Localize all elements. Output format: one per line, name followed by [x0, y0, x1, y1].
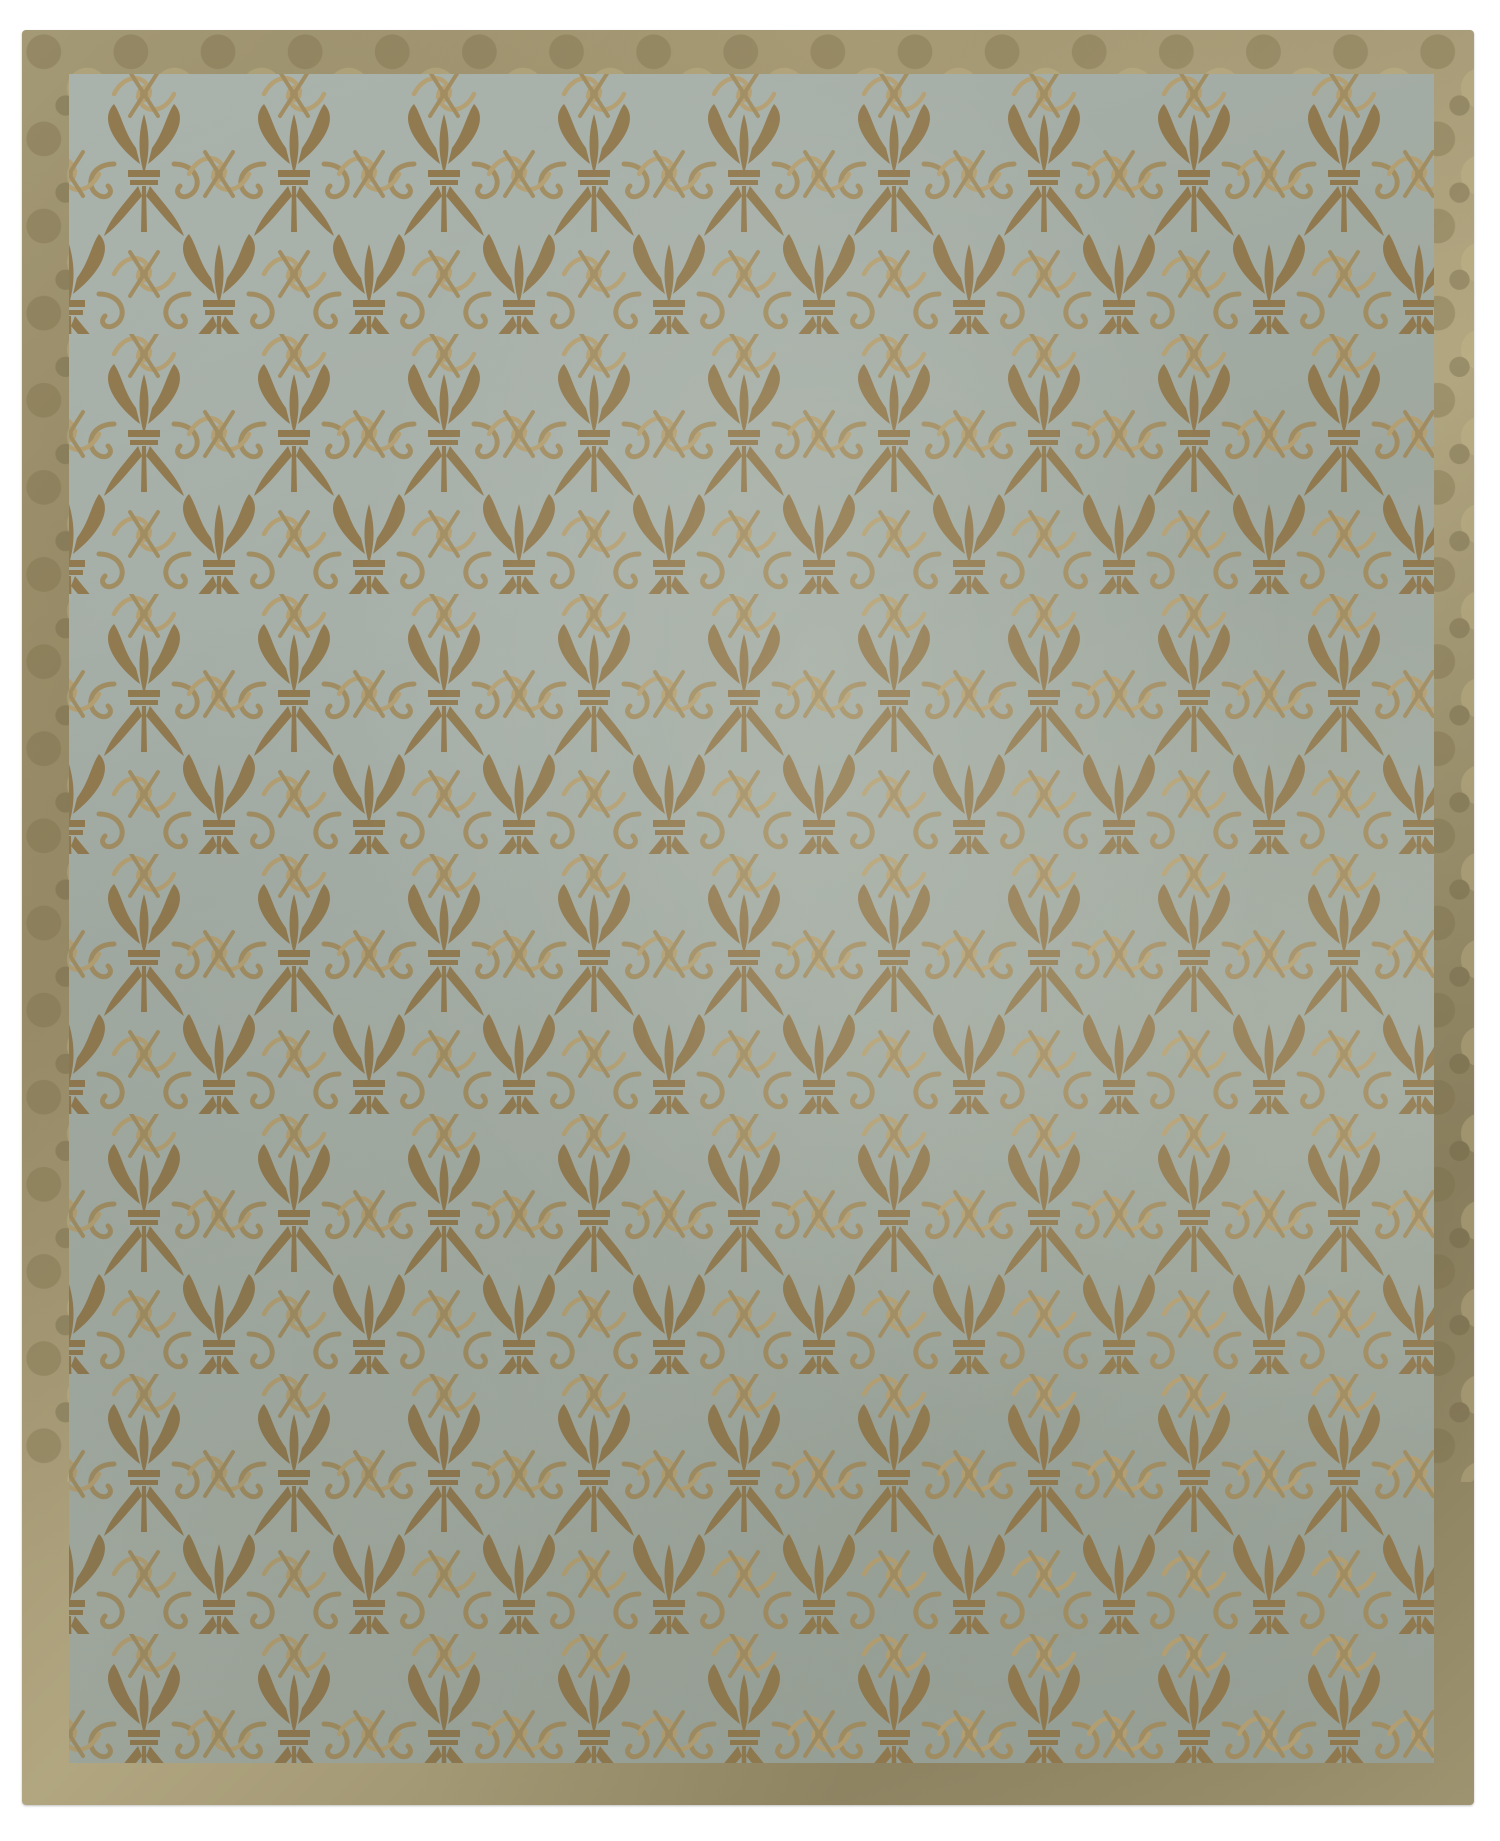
rug [22, 30, 1474, 1805]
damask-pattern [69, 74, 1434, 1763]
rug-field [69, 74, 1434, 1763]
